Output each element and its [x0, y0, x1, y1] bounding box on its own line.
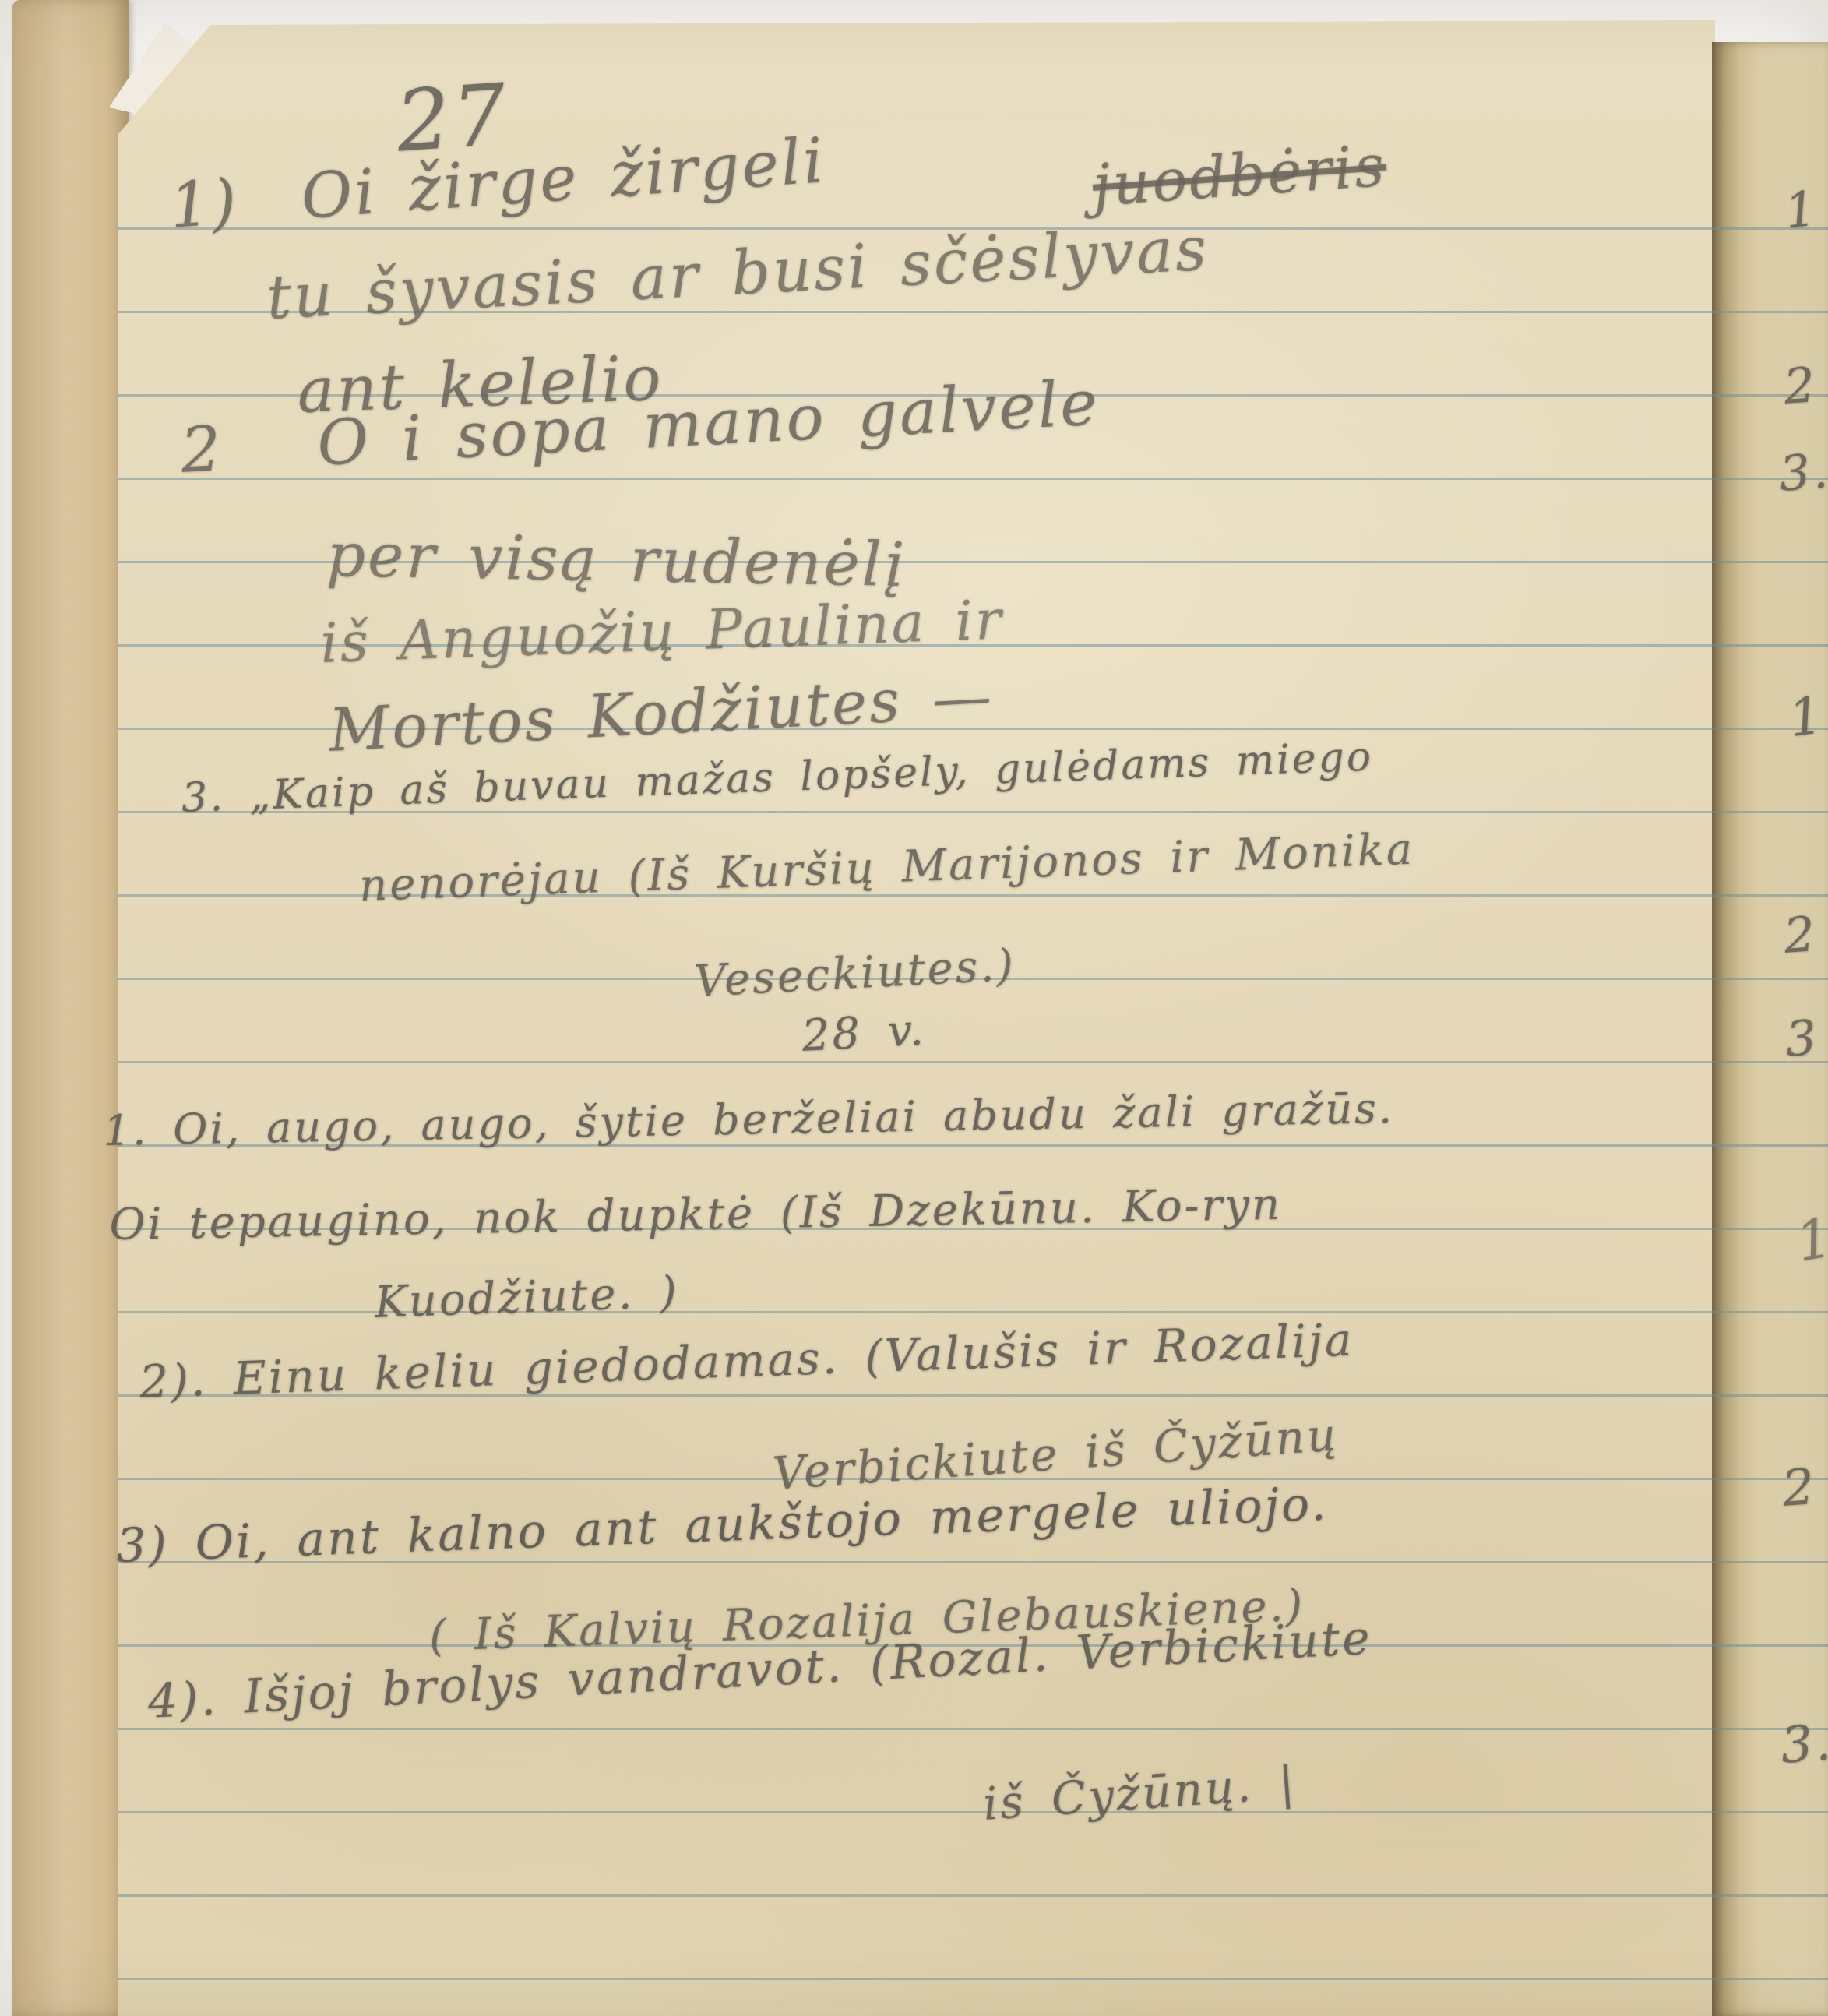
scanned-notebook-page: { "page": { "heading": "27", "section_he…	[0, 0, 1828, 2016]
right-page-fragment: 3.	[1777, 442, 1828, 502]
right-page-fragment: 2	[1782, 905, 1819, 964]
right-page-fragment: 1	[1782, 180, 1821, 240]
right-page-fragment: 3	[1784, 1009, 1820, 1068]
right-page-fragment: 3.	[1779, 1714, 1828, 1775]
handwritten-line: per visą rudenėlį	[326, 520, 906, 601]
handwritten-line: Kuodžiute. )	[374, 1267, 680, 1328]
page-number-28v: 28 v.	[801, 1005, 927, 1062]
right-page-fragment: 2	[1780, 1458, 1819, 1518]
right-page-fragment: 2	[1782, 356, 1819, 415]
previous-page-edge	[12, 0, 129, 2016]
